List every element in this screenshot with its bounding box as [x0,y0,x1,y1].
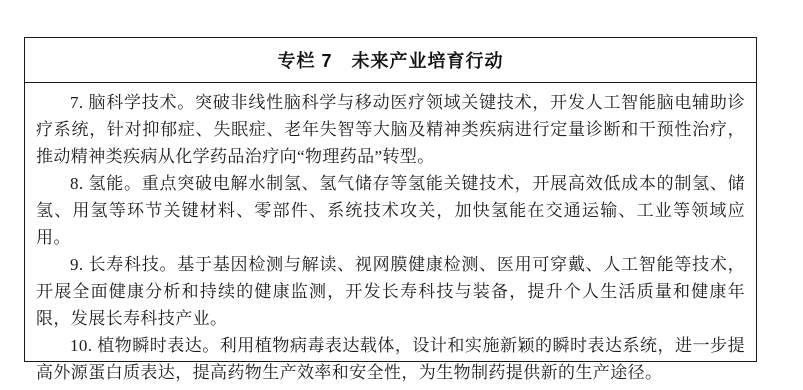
column-box-header: 专栏 7 未来产业培育行动 [25,38,756,83]
paragraph-hydrogen-energy: 8. 氢能。重点突破电解水制氢、氢气储存等氢能关键技术，开展高效低成本的制氢、储… [36,170,745,251]
column-box-body: 7. 脑科学技术。突破非线性脑科学与移动医疗领域关键技术，开发人工智能脑电辅助诊… [25,83,756,390]
document-page: 专栏 7 未来产业培育行动 7. 脑科学技术。突破非线性脑科学与移动医疗领域关键… [0,0,803,390]
paragraph-longevity-tech: 9. 长寿科技。基于基因检测与解读、视网膜健康检测、医用可穿戴、人工智能等技术，… [36,251,745,332]
paragraph-plant-transient-expression: 10. 植物瞬时表达。利用植物病毒表达载体，设计和实施新颖的瞬时表达系统，进一步… [36,332,745,386]
column-box-title: 专栏 7 未来产业培育行动 [277,47,503,73]
paragraph-brain-science: 7. 脑科学技术。突破非线性脑科学与移动医疗领域关键技术，开发人工智能脑电辅助诊… [36,89,745,170]
column-box: 专栏 7 未来产业培育行动 7. 脑科学技术。突破非线性脑科学与移动医疗领域关键… [24,37,757,362]
